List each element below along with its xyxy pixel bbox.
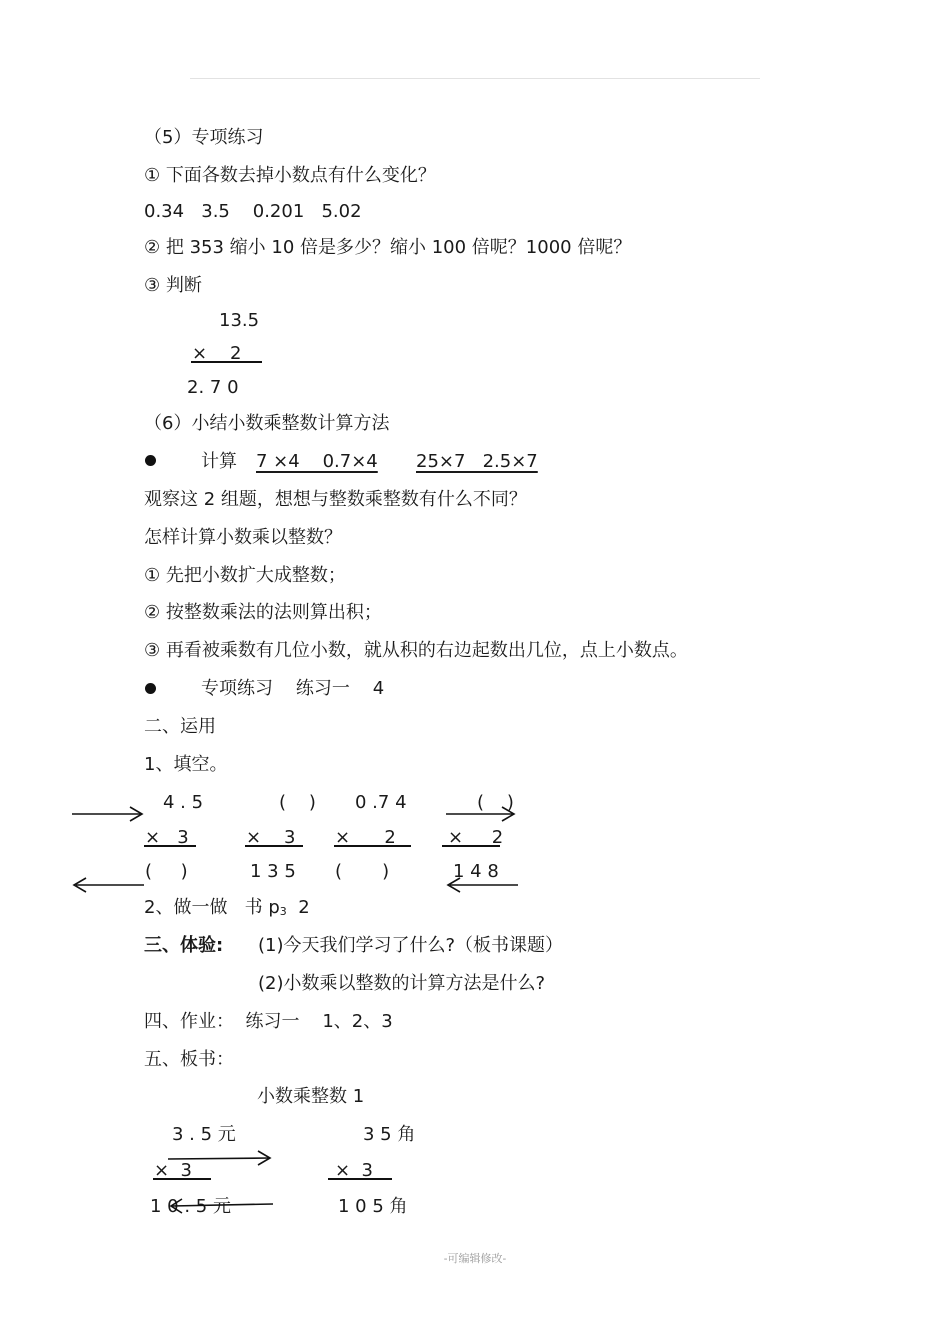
arrow-right-icon bbox=[446, 807, 514, 821]
arrow-right-icon bbox=[72, 807, 142, 821]
arrow-left-icon bbox=[74, 878, 144, 892]
arrow-left-icon bbox=[448, 878, 518, 892]
footer-note: -可编辑修改- bbox=[0, 1250, 950, 1266]
arrows-layer bbox=[0, 0, 950, 1344]
arrow-left-icon bbox=[171, 1199, 273, 1213]
document-page: （5）专项练习 ① 下面各数去掉小数点有什么变化？ 0.34 3.5 0.201… bbox=[0, 0, 950, 1344]
arrow-right-icon bbox=[168, 1151, 270, 1165]
